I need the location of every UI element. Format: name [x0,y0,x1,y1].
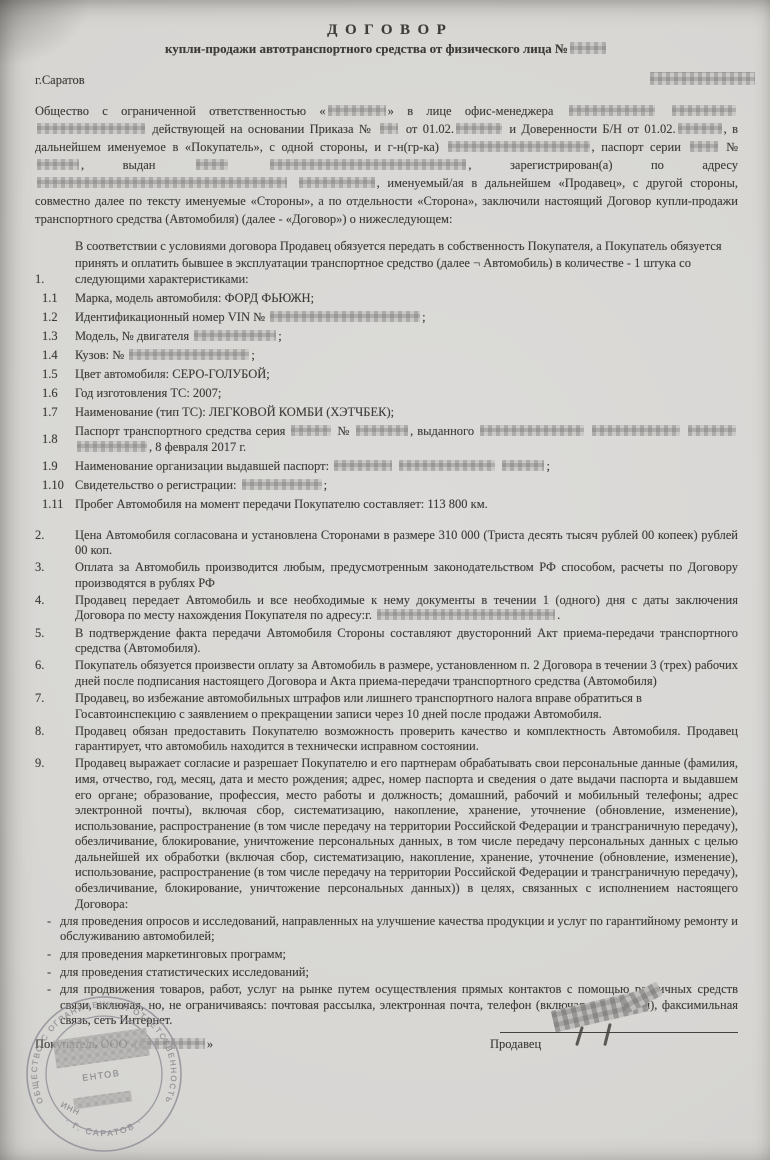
spec-row-1-7: 1.7 Наименование (тип ТС): ЛЕГКОВОЙ КОМБ… [42,404,738,420]
spec-number: 1.9 [42,458,75,474]
text-segment: ; [422,310,425,324]
redaction-body-number [129,349,249,360]
clause-text: В соответствии с условиями договора Прод… [75,238,738,288]
redaction-pts-series [291,425,331,436]
spec-text: Год изготовления ТС: 2007; [75,385,738,401]
spec-text: Идентификационный номер VIN № ; [75,309,738,325]
clause-text: В подтверждение факта передачи Автомобил… [75,626,738,657]
purpose-item: - для проведения маркетинговых программ; [47,947,738,963]
clause-9: 9. Продавец выражает согласие и разрешае… [35,756,738,912]
redaction-passport-number [37,159,79,170]
redaction-year [678,123,722,134]
meta-row: г.Саратов [35,73,738,89]
clause-text: Продавец обязан предоставить Покупателю … [75,724,738,755]
purpose-item: - для проведения опросов и исследований,… [47,914,738,945]
document-title: ДОГОВОР [35,22,738,39]
redaction-org-name [399,460,495,471]
text-segment: Наименование организации выдавшей паспор… [75,459,329,473]
clause-text: Цена Автомобиля согласована и установлен… [75,528,738,559]
text-segment: Модель, № двигателя [75,329,189,343]
clause-6: 6. Покупатель обязуется произвести оплат… [35,658,738,689]
spec-row-1-3: 1.3 Модель, № двигателя ; [42,328,738,344]
spec-row-1-4: 1.4 Кузов: № ; [42,347,738,363]
redaction-manager-name [569,105,655,116]
clause-text: Продавец, во избежание автомобильных штр… [75,691,738,722]
purpose-text: для проведения опросов и исследований, н… [60,914,738,945]
clause-2: 2. Цена Автомобиля согласована и установ… [35,528,738,559]
spec-number: 1.3 [42,328,75,344]
text-segment: ; [251,348,254,362]
redaction-address [37,177,287,188]
text-segment: ; [546,459,549,473]
text-segment: Паспорт транспортного средства серия [75,424,285,438]
city-label: г.Саратов [35,73,85,87]
spec-row-1-5: 1.5 Цвет автомобиля: СЕРО-ГОЛУБОЙ; [42,366,738,382]
spec-number: 1.2 [42,309,75,325]
redaction-pts-issuer [688,425,736,436]
subtitle-text: купли-продажи автотранспортного средства… [165,41,568,56]
text-segment: ; [324,478,327,492]
redaction-passport-series [690,141,718,152]
text-segment: действующей на основании Приказа № [152,122,373,136]
clause-number: 3. [35,560,75,591]
spec-number: 1.4 [42,347,75,363]
spec-row-1-1: 1.1 Марка, модель автомобиля: ФОРД ФЬЮЖН… [42,290,738,306]
stamp-city-text: · Г. САРАТОВ · [63,1116,145,1139]
clause-text: Продавец выражает согласие и разрешает П… [75,756,738,912]
spec-text: Модель, № двигателя ; [75,328,738,344]
redaction-registration-cert [242,479,322,490]
redaction-pts-number [356,425,408,436]
redaction-passport-issuer [196,159,228,170]
redaction-date [650,72,755,85]
signature-line [500,1032,738,1033]
clause-5: 5. В подтверждение факта передачи Автомо… [35,626,738,657]
vehicle-specs-list: 1.1 Марка, модель автомобиля: ФОРД ФЬЮЖН… [42,290,738,512]
clause-text: Продавец передает Автомобиль и все необх… [75,593,738,624]
dash-bullet: - [47,965,60,981]
clause-7: 7. Продавец, во избежание автомобильных … [35,691,738,722]
redaction-stamp-company [53,1028,150,1069]
spec-text: Паспорт транспортного средства серия № ,… [75,423,738,455]
clause-3: 3. Оплата за Автомобиль производится люб… [35,560,738,591]
spec-row-1-10: 1.10 Свидетельство о регистрации: ; [42,477,738,493]
clause-number: 9. [35,756,75,912]
redaction-pts-issuer [77,441,147,452]
spec-number: 1.1 [42,290,75,306]
spec-text: Наименование организации выдавшей паспор… [75,458,738,474]
contract-document: ДОГОВОР купли-продажи автотранспортного … [0,0,770,1160]
redaction-pts-issuer [592,425,680,436]
redaction-engine-number [194,330,276,341]
intro-paragraph: Общество с ограниченной ответственностью… [35,102,738,228]
text-segment: » в лице офис-менеджера [388,104,554,118]
clause-1: 1. В соответствии с условиями договора П… [35,238,738,288]
redaction-seller-name [448,141,590,152]
spec-row-1-9: 1.9 Наименование организации выдавшей па… [42,458,738,474]
text-segment: Свидетельство о регистрации: [75,478,236,492]
spec-number: 1.11 [42,496,75,512]
spec-row-1-2: 1.2 Идентификационный номер VIN № ; [42,309,738,325]
redaction-org-name [334,460,392,471]
clause-number: 4. [35,593,75,624]
redaction-order-number [380,123,398,134]
spec-text: Наименование (тип ТС): ЛЕГКОВОЙ КОМБИ (Х… [75,404,738,420]
purpose-item: - для проведения статистических исследов… [47,965,738,981]
redaction-vin [270,311,420,322]
text-segment: Общество с ограниченной ответственностью… [35,104,326,118]
spec-number: 1.10 [42,477,75,493]
text-segment: Кузов: № [75,348,124,362]
text-segment: № [337,424,350,438]
spec-row-1-6: 1.6 Год изготовления ТС: 2007; [42,385,738,401]
redaction-org-name [502,460,544,471]
spec-text: Марка, модель автомобиля: ФОРД ФЬЮЖН; [75,290,738,306]
text-segment: , выданного [410,424,474,438]
spacer [35,515,738,528]
dash-bullet: - [47,914,60,945]
redaction-pts-issuer [480,425,584,436]
clause-number: 7. [35,691,75,722]
redaction-contract-number [570,42,606,54]
text-segment: от 01.02. [406,122,454,136]
clause-8: 8. Продавец обязан предоставить Покупате… [35,724,738,755]
redaction-stamp-inn [73,1090,132,1109]
spec-number: 1.7 [42,404,75,420]
text-segment: Идентификационный номер VIN № [75,310,265,324]
spec-text: Свидетельство о регистрации: ; [75,477,738,493]
clause-text: Оплата за Автомобиль производится любым,… [75,560,738,591]
stamp-center: ЕНТОВ ИНН [50,1028,157,1120]
text-segment: № [726,140,738,154]
spec-number: 1.6 [42,385,75,401]
dash-bullet: - [47,947,60,963]
spec-text: Кузов: № ; [75,347,738,363]
redaction-passport-issuer [270,159,466,170]
clause-number: 6. [35,658,75,689]
text-segment: , выдан [81,158,155,172]
spec-number: 1.5 [42,366,75,382]
clause-4: 4. Продавец передает Автомобиль и все не… [35,593,738,624]
spec-number: 1.8 [42,431,75,447]
document-subtitle: купли-продажи автотранспортного средства… [35,41,738,57]
clause-number: 1. [35,271,75,288]
text-segment: . [557,608,560,622]
clause-number: 2. [35,528,75,559]
redaction-year [456,123,502,134]
clause-number: 5. [35,626,75,657]
company-stamp: ОБЩЕСТВО С ОГРАНИЧЕННОЙ ОТВЕТСТВЕННОСТЬЮ… [18,988,190,1160]
spec-row-1-11: 1.11 Пробег Автомобиля на момент передач… [42,496,738,512]
text-segment: ; [278,329,281,343]
purpose-text: для проведения статистических исследован… [60,965,738,981]
text-segment: , паспорт серии [592,140,681,154]
purpose-text: для проведения маркетинговых программ; [60,947,738,963]
redaction-manager-name [37,123,145,134]
clause-text: Покупатель обязуется произвести оплату з… [75,658,738,689]
text-segment: , 8 февраля 2017 г. [149,440,246,454]
text-segment: и Доверенности Б/Н от 01.02. [509,122,675,136]
seller-label: Продавец [490,1037,541,1052]
stamp-center-fragment: ЕНТОВ [82,1068,121,1083]
clause-number: 8. [35,724,75,755]
spec-row-1-8: 1.8 Паспорт транспортного средства серия… [42,423,738,455]
redaction-company-name [328,105,386,116]
redaction-buyer-address [377,609,555,620]
redaction-manager-name [672,105,736,116]
spec-text: Пробег Автомобиля на момент передачи Пок… [75,496,738,512]
redaction-address [299,177,375,188]
text-segment: , зарегистрирован(а) по адресу [468,158,738,172]
text-segment: » [207,1037,213,1051]
spec-text: Цвет автомобиля: СЕРО-ГОЛУБОЙ; [75,366,738,382]
